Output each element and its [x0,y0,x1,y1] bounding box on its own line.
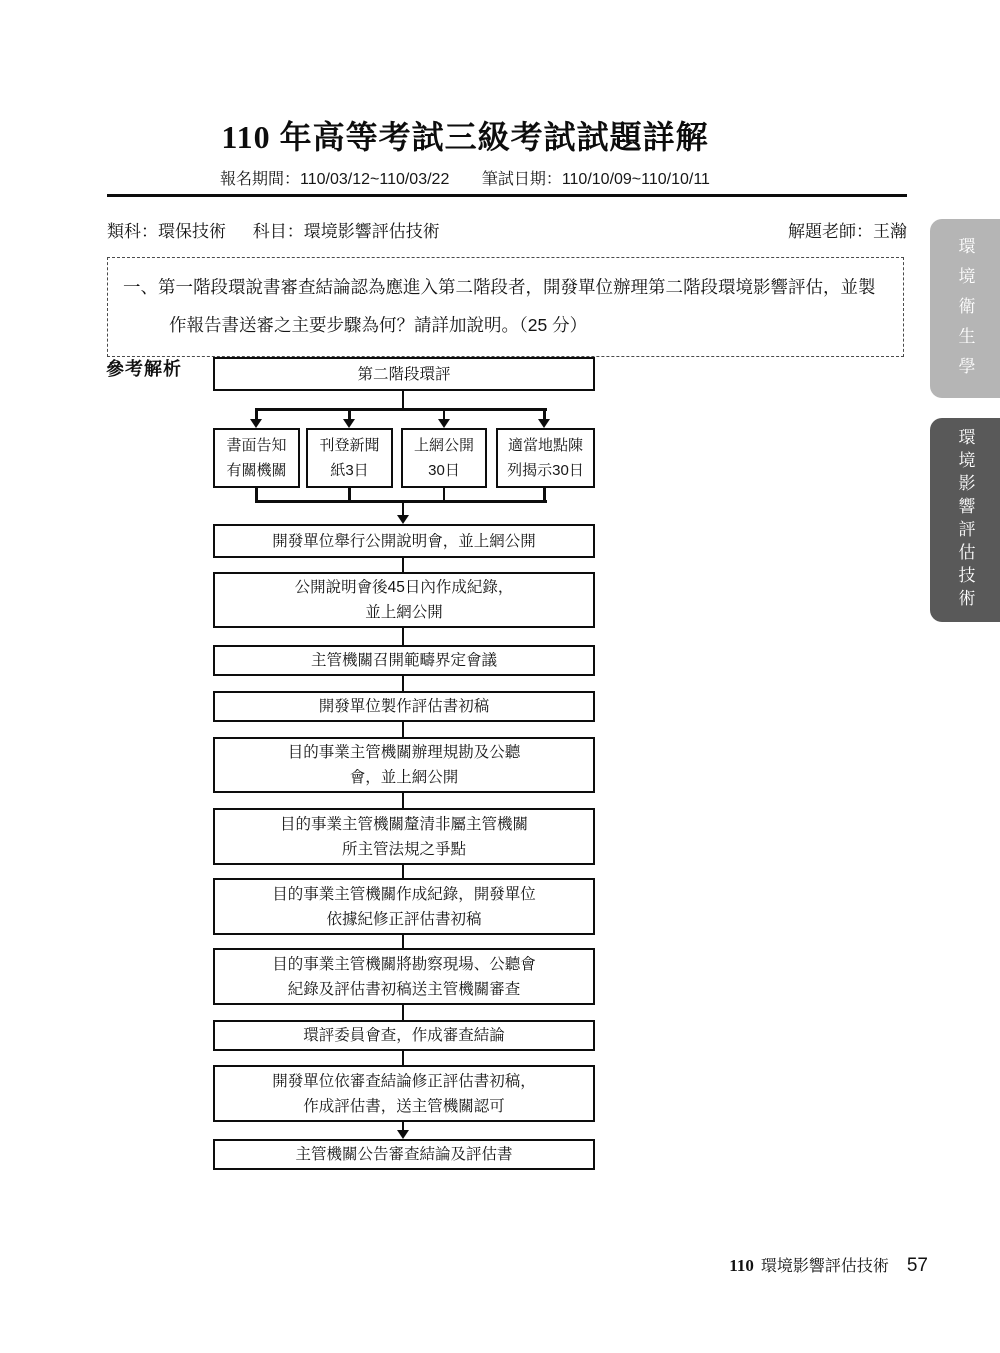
question-number: 一、 [123,277,158,297]
exam-dates-line: 報名期間：110/03/12~110/03/22 筆試日期：110/10/09~… [0,166,930,189]
flowchart: 第二階段環評 書面告知 有關機關 刊登新聞 紙3日 上網公開 30日 適當地點陳… [213,357,595,1172]
flow-start-box: 第二階段環評 [213,357,595,391]
page-footer: 110 環境影響評估技術 57 [729,1253,928,1277]
connector-line [255,408,547,411]
connector-line [402,1005,405,1020]
connector-line [402,935,405,948]
subject-label: 科目：環境影響評估技術 [253,222,440,241]
connector-line [402,676,405,691]
arrow-down-icon [397,515,409,524]
connector-line [402,1051,405,1065]
written-exam-date: 筆試日期：110/10/09~110/10/11 [482,171,710,188]
header-divider [107,194,907,197]
solver-label: 解題老師：王瀚 [788,217,907,242]
category-label: 類科：環保技術 [107,222,226,241]
question-text: 第一階段環說書審查結論認為應進入第二階段者，開發單位辦理第二階段環境影響評估，並… [158,277,876,335]
sidebar-tab-environmental-health: 環境衛生學 [930,219,1000,398]
arrow-down-icon [250,419,262,428]
flow-step-box: 環評委員會查，作成審查結論 [213,1020,595,1051]
flow-step-box: 開發單位製作評估書初稿 [213,691,595,722]
footer-subject: 環境影響評估技術 [761,1253,889,1276]
flow-branch-box: 適當地點陳 列揭示30日 [496,428,595,488]
meta-row: 類科：環保技術 科目：環境影響評估技術 解題老師：王瀚 [107,217,907,242]
flow-step-box: 主管機關召開範疇界定會議 [213,645,595,676]
flow-step-box: 公開說明會後45日內作成紀錄， 並上網公開 [213,572,595,628]
page-number: 57 [907,1255,928,1277]
connector-line [402,793,405,808]
arrow-down-icon [438,419,450,428]
page-title: 110 年高等考試三級考試試題詳解 [0,112,930,158]
arrow-down-icon [343,419,355,428]
meta-left: 類科：環保技術 科目：環境影響評估技術 [107,217,462,242]
sidebar-tab-eia-technology: 環境影響評估技術 [930,418,1000,622]
connector-line [402,722,405,737]
arrow-down-icon [397,1130,409,1139]
arrow-down-icon [538,419,550,428]
document-page: 110 年高等考試三級考試試題詳解 報名期間：110/03/12~110/03/… [0,0,1000,1353]
flow-step-box: 開發單位依審查結論修正評估書初稿， 作成評估書，送主管機關認可 [213,1065,595,1122]
flow-step-box: 開發單位舉行公開說明會，並上網公開 [213,524,595,558]
analysis-label: 參考解析 [106,355,182,381]
flow-step-box: 目的事業主管機關釐清非屬主管機關 所主管法規之爭點 [213,808,595,865]
footer-year: 110 [729,1256,754,1276]
registration-period: 報名期間：110/03/12~110/03/22 [220,171,449,188]
flow-branch-box: 刊登新聞 紙3日 [306,428,393,488]
flow-step-box: 主管機關公告審查結論及評估書 [213,1139,595,1170]
flow-step-box: 目的事業主管機關作成紀錄，開發單位 依據紀修正評估書初稿 [213,878,595,935]
connector-line [402,558,405,572]
flow-branch-box: 書面告知 有關機關 [213,428,300,488]
flow-step-box: 目的事業主管機關辦理規勘及公聽 會，並上網公開 [213,737,595,793]
question-box: 一、第一階段環說書審查結論認為應進入第二階段者，開發單位辦理第二階段環境影響評估… [107,257,904,357]
question-paragraph: 一、第一階段環說書審查結論認為應進入第二階段者，開發單位辦理第二階段環境影響評估… [123,268,888,344]
flow-branch-box: 上網公開 30日 [401,428,487,488]
flow-step-box: 目的事業主管機關將勘察現場、公聽會 紀錄及評估書初稿送主管機關審查 [213,948,595,1005]
connector-line [402,865,405,878]
connector-line [402,628,405,645]
connector-line [402,502,405,516]
